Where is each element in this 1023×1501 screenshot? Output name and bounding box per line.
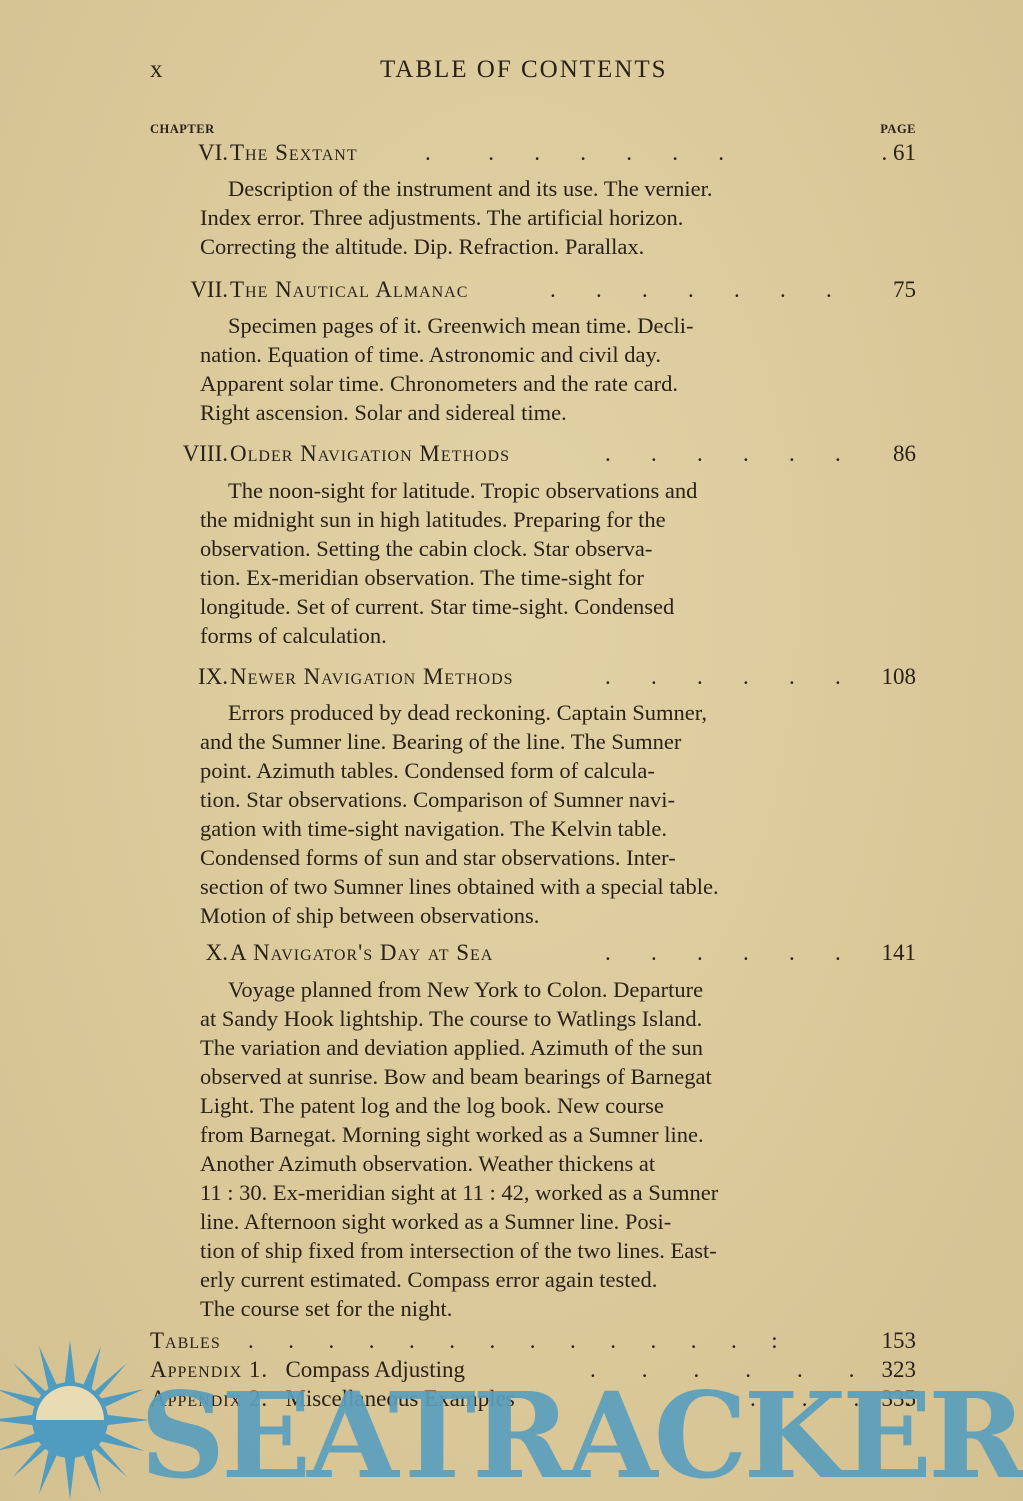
summary-line: observed at sunrise. Bow and beam bearin… [200,1062,852,1091]
summary-line: tion. Star observations. Comparison of S… [200,785,852,814]
book-page: x TABLE OF CONTENTS CHAPTER PAGE VI. The… [0,0,1023,1501]
page-ref: 335 [882,1386,917,1412]
dot-leader: . . . . . . . [425,140,724,166]
summary-line: erly current estimated. Compass error ag… [200,1265,852,1294]
page-ref: 75 [893,277,916,303]
entry-label: Appendix 2. [150,1386,268,1411]
chapter-summary: The noon-sight for latitude. Tropic obse… [200,476,852,650]
summary-line: Correcting the altitude. Dip. Refraction… [200,232,852,261]
entry-label: Tables [150,1328,221,1354]
entry-subtitle: Miscellaneous Examples [285,1386,514,1411]
dot-leader: . . . . . . . . . . . . . : [248,1328,778,1354]
toc-entry-chapter-ix[interactable]: IX. Newer Navigation Methods . . . . . .… [150,664,916,694]
chapter-title: The Nautical Almanac [230,277,468,303]
toc-entry-appendix-2[interactable]: Appendix 2. Miscellaneous Examples . . .… [150,1386,916,1416]
summary-line: and the Sumner line. Bearing of the line… [200,727,852,756]
summary-line: the midnight sun in high latitudes. Prep… [200,505,852,534]
toc-entry-chapter-x[interactable]: X. A Navigator's Day at Sea . . . . . . … [150,940,916,970]
summary-line: forms of calculation. [200,621,852,650]
summary-line: The noon-sight for latitude. Tropic obse… [200,476,852,505]
dot-leader: . . . . . . [605,940,841,966]
toc-entry-chapter-vii[interactable]: VII. The Nautical Almanac . . . . . . . … [150,277,916,307]
dot-leader: . . . . . . [590,1357,855,1383]
summary-line: point. Azimuth tables. Condensed form of… [200,756,852,785]
chapter-title: Newer Navigation Methods [230,664,514,690]
chapter-title: A Navigator's Day at Sea [230,940,493,966]
summary-line: longitude. Set of current. Star time-sig… [200,592,852,621]
summary-line: Voyage planned from New York to Colon. D… [200,975,852,1004]
sun-icon [0,1340,150,1500]
summary-line: 11 : 30. Ex-meridian sight at 11 : 42, w… [200,1178,852,1207]
summary-line: from Barnegat. Morning sight worked as a… [200,1120,852,1149]
entry-label-group: Appendix 2. Miscellaneous Examples [150,1386,515,1412]
running-head: x TABLE OF CONTENTS [150,56,690,90]
summary-line: Motion of ship between observations. [200,901,852,930]
chapter-number: IX. [150,664,228,690]
summary-line: Specimen pages of it. Greenwich mean tim… [200,311,852,340]
page-ref: 86 [893,441,916,467]
page-ref: . 61 [882,140,917,166]
page-column-label: PAGE [880,122,916,137]
chapter-title: Older Navigation Methods [230,441,510,467]
chapter-number: VII. [150,277,228,303]
entry-label-group: Appendix 1. Compass Adjusting [150,1357,465,1383]
summary-line: Index error. Three adjustments. The arti… [200,203,852,232]
summary-line: Light. The patent log and the log book. … [200,1091,852,1120]
dot-leader: . . . . . . . [550,277,832,303]
page-number: x [150,56,164,84]
summary-line: Condensed forms of sun and star observat… [200,843,852,872]
chapter-number: X. [150,940,228,966]
summary-line: Errors produced by dead reckoning. Capta… [200,698,852,727]
dot-leader: . . . . . . [605,664,841,690]
summary-line: at Sandy Hook lightship. The course to W… [200,1004,852,1033]
summary-line: Right ascension. Solar and sidereal time… [200,398,852,427]
toc-entry-tables[interactable]: Tables . . . . . . . . . . . . . : 153 [150,1328,916,1358]
page-ref: 108 [882,664,917,690]
summary-line: Apparent solar time. Chronometers and th… [200,369,852,398]
summary-line: tion. Ex-meridian observation. The time-… [200,563,852,592]
page-title: TABLE OF CONTENTS [380,56,668,84]
summary-line: Description of the instrument and its us… [200,174,852,203]
summary-line: line. Afternoon sight worked as a Sumner… [200,1207,852,1236]
column-labels: CHAPTER PAGE [150,122,916,137]
page-ref: 141 [882,940,917,966]
chapter-summary: Description of the instrument and its us… [200,174,852,261]
chapter-column-label: CHAPTER [150,122,215,136]
chapter-title: The Sextant [230,140,358,166]
summary-line: nation. Equation of time. Astronomic and… [200,340,852,369]
page-ref: 323 [882,1357,917,1383]
chapter-number: VI. [150,140,228,166]
entry-label: Appendix 1. [150,1357,268,1382]
summary-line: tion of ship fixed from intersection of … [200,1236,852,1265]
toc-entry-chapter-viii[interactable]: VIII. Older Navigation Methods . . . . .… [150,441,916,471]
chapter-summary: Errors produced by dead reckoning. Capta… [200,698,852,930]
chapter-summary: Voyage planned from New York to Colon. D… [200,975,852,1323]
entry-subtitle: Compass Adjusting [285,1357,465,1382]
summary-line: observation. Setting the cabin clock. St… [200,534,852,563]
chapter-summary: Specimen pages of it. Greenwich mean tim… [200,311,852,427]
toc-entry-appendix-1[interactable]: Appendix 1. Compass Adjusting . . . . . … [150,1357,916,1387]
toc-entry-chapter-vi[interactable]: VI. The Sextant . . . . . . . . 61 [150,140,916,170]
summary-line: section of two Sumner lines obtained wit… [200,872,852,901]
dot-leader: . . . . . . [605,441,841,467]
summary-line: Another Azimuth observation. Weather thi… [200,1149,852,1178]
page-ref: 153 [882,1328,917,1354]
summary-line: gation with time-sight navigation. The K… [200,814,852,843]
summary-line: The variation and deviation applied. Azi… [200,1033,852,1062]
summary-line: The course set for the night. [200,1294,852,1323]
chapter-number: VIII. [150,441,228,467]
